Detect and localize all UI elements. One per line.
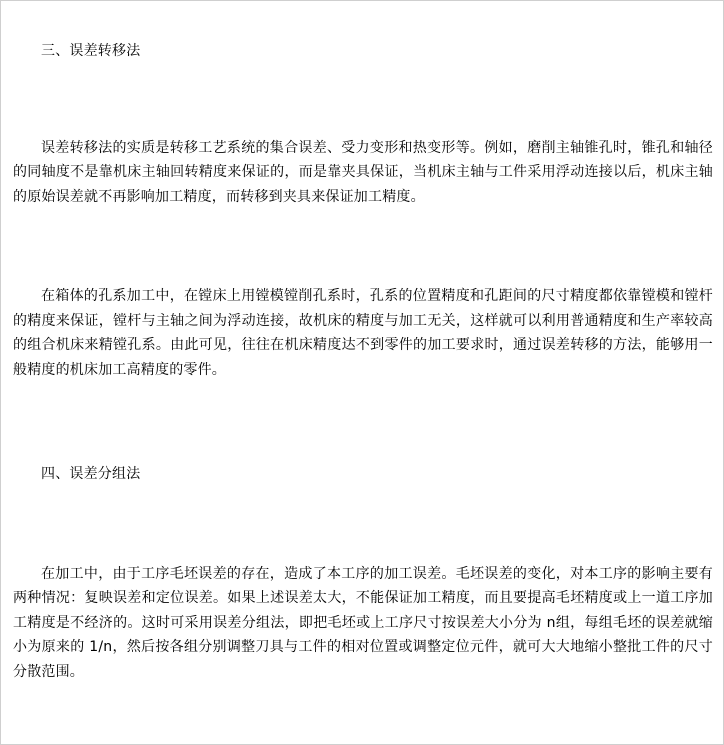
document-page: 三、误差转移法 误差转移法的实质是转移工艺系统的集合误差、受力变形和热变形等。例… [0, 0, 724, 745]
paragraph-error-transfer-essence: 误差转移法的实质是转移工艺系统的集合误差、受力变形和热变形等。例如，磨削主轴锥孔… [13, 136, 713, 210]
document-content: 三、误差转移法 误差转移法的实质是转移工艺系统的集合误差、受力变形和热变形等。例… [1, 1, 723, 684]
paragraph-boring-hole-system: 在箱体的孔系加工中，在镗床上用镗模镗削孔系时，孔系的位置精度和孔距间的尺寸精度都… [13, 284, 713, 382]
section-heading-error-grouping: 四、误差分组法 [13, 462, 713, 487]
paragraph-error-grouping-method: 在加工中，由于工序毛坯误差的存在，造成了本工序的加工误差。毛坯误差的变化，对本工… [13, 562, 713, 685]
section-heading-error-transfer: 三、误差转移法 [13, 39, 713, 64]
